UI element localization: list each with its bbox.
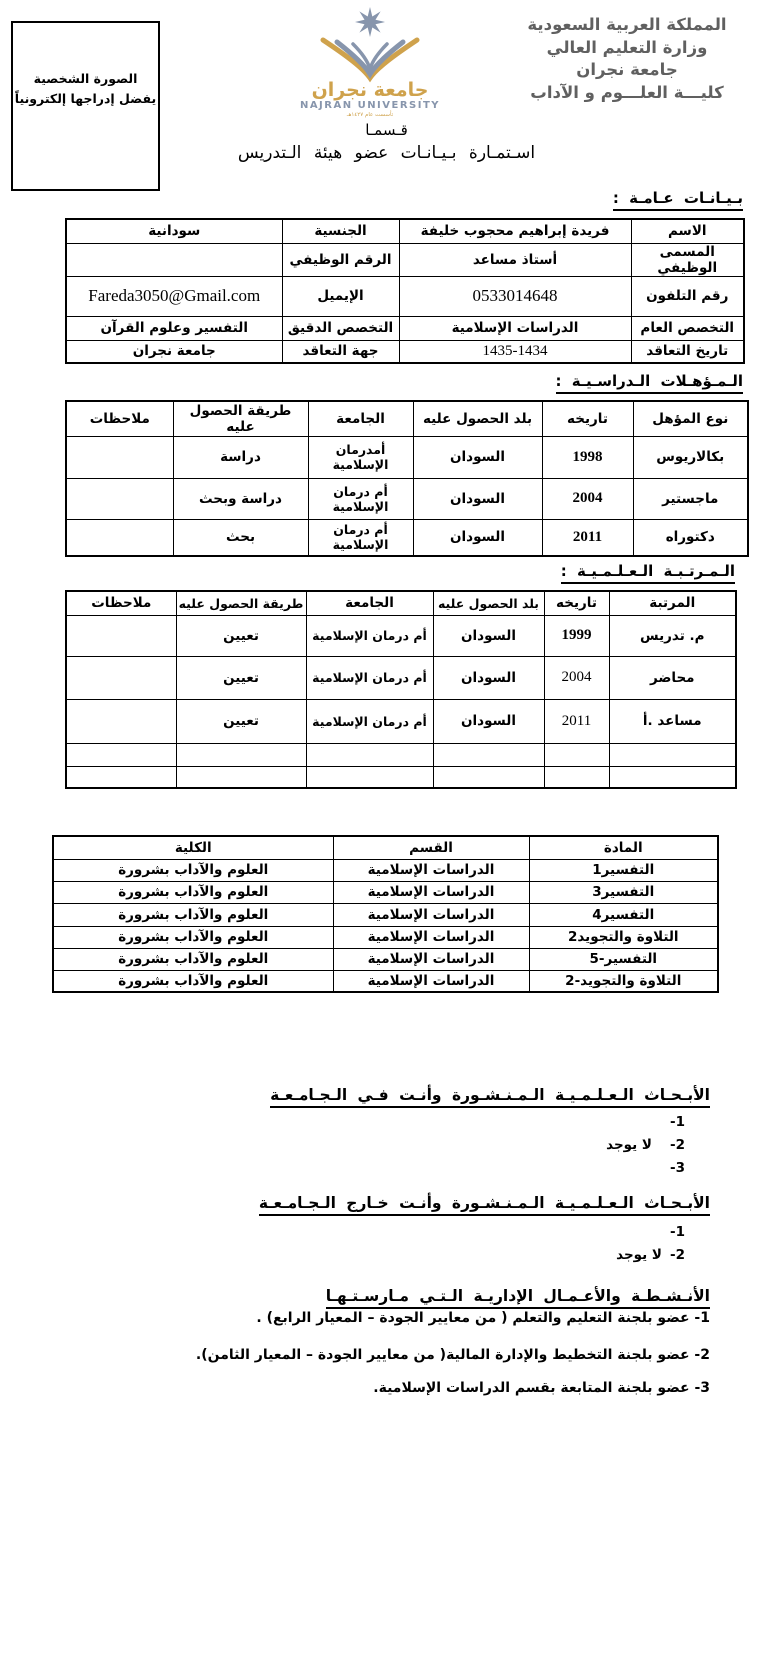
table-header-row: نوع المؤهل تاريخه بلد الحصول عليه الجامع… [66, 401, 748, 436]
rank-cell [609, 743, 736, 766]
email-label-cell: الإيميل [282, 276, 399, 316]
college-cell: العلوم والآداب بشرورة [53, 948, 333, 970]
table-row: م. تدريس 1999 السودان أم درمان الإسلامية… [66, 615, 736, 656]
qualification-date-header: تاريخه [542, 401, 633, 436]
table-row: التفسير1 الدراسات الإسلامية العلوم والآد… [53, 859, 718, 881]
title-line2: اسـتمـارة بـيـانـات عضو هيئة الـتدريس [0, 143, 773, 163]
qualifications-section-heading: الـمـؤهـلات الـدراسـيـة : [556, 372, 744, 394]
ranks-section-heading: الـمـرتـبـة الـعـلـمـيـة : [561, 562, 735, 584]
qualification-method-header: طريقة الحصول عليه [173, 401, 308, 436]
table-row: المسمى الوظيفي أستاذ مساعد الرقم الوظيفي [66, 243, 744, 276]
research-inside-item: 3- [652, 1160, 685, 1176]
name-label-cell: الاسم [631, 219, 744, 243]
activity-item: 1- عضو بلجنة التعليم والتعلم ( من معايير… [256, 1310, 710, 1326]
najran-university-logo: جامعة نجران NAJRAN UNIVERSITY تأسست عام … [290, 6, 450, 122]
table-row [66, 766, 736, 788]
rank-university-cell: أم درمان الإسلامية [306, 615, 433, 656]
qualification-method-cell: دراسة وبحث [173, 478, 308, 519]
ministry-line-country: المملكة العربية السعودية [511, 14, 743, 37]
department-cell: الدراسات الإسلامية [333, 926, 529, 948]
item-text: لا يوجد [606, 1137, 652, 1153]
rank-country-header: بلد الحصول عليه [433, 591, 544, 615]
college-header: الكلية [53, 836, 333, 859]
college-cell: العلوم والآداب بشرورة [53, 926, 333, 948]
qualification-year-cell: 2011 [542, 519, 633, 556]
general-specialty-value-cell: الدراسات الإسلامية [399, 316, 631, 340]
nationality-value-cell: سودانية [66, 219, 282, 243]
logo-english-name: NAJRAN UNIVERSITY [300, 100, 440, 111]
table-row: بكالاريوس 1998 السودان أمدرمان الإسلامية… [66, 436, 748, 478]
qualification-type-cell: دكتوراه [633, 519, 748, 556]
rank-country-cell: السودان [433, 699, 544, 743]
university-logo-icon: جامعة نجران NAJRAN UNIVERSITY تأسست عام … [290, 6, 450, 118]
rank-university-cell: أم درمان الإسلامية [306, 656, 433, 699]
contract-entity-label-cell: جهة التعاقد [282, 340, 399, 363]
precise-specialty-label-cell: التخصص الدقيق [282, 316, 399, 340]
rank-notes-cell [66, 766, 176, 788]
table-row: التفسير3 الدراسات الإسلامية العلوم والآد… [53, 881, 718, 903]
subject-cell: التفسير3 [529, 881, 718, 903]
qualifications-table: نوع المؤهل تاريخه بلد الحصول عليه الجامع… [65, 400, 749, 557]
subject-cell: التفسير1 [529, 859, 718, 881]
qualification-notes-cell [66, 436, 173, 478]
qualification-type-cell: ماجستير [633, 478, 748, 519]
qualification-year-cell: 1998 [542, 436, 633, 478]
job-title-label-cell: المسمى الوظيفي [631, 243, 744, 276]
table-row: دكتوراه 2011 السودان أم درمان الإسلامية … [66, 519, 748, 556]
rank-year-cell: 2004 [544, 656, 609, 699]
ministry-line-ministry: وزارة التعليم العالي [511, 37, 743, 60]
qualification-notes-header: ملاحظات [66, 401, 173, 436]
photo-placeholder-box: الصورة الشخصية يفضل إدراجها إلكترونياً [11, 21, 160, 191]
college-cell: العلوم والآداب بشرورة [53, 859, 333, 881]
logo-founded-line: تأسست عام ١٤٢٧هـ [346, 110, 394, 118]
rank-method-cell [176, 766, 306, 788]
logo-star-icon [355, 7, 385, 37]
photo-box-line2: يفضل إدراجها إلكترونياً [13, 89, 158, 109]
faculty-data-form-page: الصورة الشخصية يفضل إدراجها إلكترونياً ج… [0, 0, 773, 1675]
contract-date-label-cell: تاريخ التعاقد [631, 340, 744, 363]
nationality-label-cell: الجنسية [282, 219, 399, 243]
general-info-table: الاسم فريدة إبراهيم محجوب خليفة الجنسية … [65, 218, 745, 364]
academic-rank-table: المرتبة تاريخه بلد الحصول عليه الجامعة ط… [65, 590, 737, 789]
photo-box-line1: الصورة الشخصية [13, 69, 158, 89]
department-header: القسم [333, 836, 529, 859]
college-cell: العلوم والآداب بشرورة [53, 970, 333, 992]
table-row [66, 743, 736, 766]
qualification-country-header: بلد الحصول عليه [413, 401, 542, 436]
department-cell: الدراسات الإسلامية [333, 970, 529, 992]
qualification-university-header: الجامعة [308, 401, 413, 436]
table-header-row: المادة القسم الكلية [53, 836, 718, 859]
qualification-notes-cell [66, 519, 173, 556]
rank-university-header: الجامعة [306, 591, 433, 615]
department-cell: الدراسات الإسلامية [333, 903, 529, 926]
table-row: التفسير-5 الدراسات الإسلامية العلوم والآ… [53, 948, 718, 970]
name-value-cell: فريدة إبراهيم محجوب خليفة [399, 219, 631, 243]
table-header-row: المرتبة تاريخه بلد الحصول عليه الجامعة ط… [66, 591, 736, 615]
rank-method-cell: تعيين [176, 699, 306, 743]
table-row: تاريخ التعاقد 1435-1434 جهة التعاقد جامع… [66, 340, 744, 363]
rank-notes-header: ملاحظات [66, 591, 176, 615]
phone-label-cell: رقم التلفون [631, 276, 744, 316]
item-number: 2- [670, 1247, 685, 1263]
rank-university-cell: أم درمان الإسلامية [306, 699, 433, 743]
item-number: 1- [670, 1114, 685, 1130]
rank-year-cell: 1999 [544, 615, 609, 656]
qualification-university-cell: أم درمان الإسلامية [308, 478, 413, 519]
qualification-notes-cell [66, 478, 173, 519]
activity-item: 3- عضو بلجنة المتابعة بقسم الدراسات الإس… [373, 1380, 710, 1396]
research-inside-item: 2-لا يوجد [606, 1137, 685, 1153]
rank-method-cell: تعيين [176, 615, 306, 656]
activity-item: 2- عضو بلجنة التخطيط والإدارة المالية( م… [196, 1347, 710, 1363]
qualification-university-cell: أم درمان الإسلامية [308, 519, 413, 556]
item-number: 3- [670, 1160, 685, 1176]
rank-year-cell: 2011 [544, 699, 609, 743]
rank-year-cell [544, 743, 609, 766]
rank-header: المرتبة [609, 591, 736, 615]
ministry-line-university: جامعة نجران [511, 59, 743, 82]
qualification-country-cell: السودان [413, 478, 542, 519]
research-inside-item: 1- [652, 1114, 685, 1130]
rank-year-cell [544, 766, 609, 788]
rank-cell: مساعد .أ [609, 699, 736, 743]
logo-arabic-name: جامعة نجران [312, 79, 429, 101]
rank-university-cell [306, 743, 433, 766]
subject-header: المادة [529, 836, 718, 859]
rank-date-header: تاريخه [544, 591, 609, 615]
rank-cell [609, 766, 736, 788]
table-row: التلاوة والتجويد2 الدراسات الإسلامية الع… [53, 926, 718, 948]
item-number: 1- [670, 1224, 685, 1240]
phone-value-cell: 0533014648 [399, 276, 631, 316]
table-row: التفسير4 الدراسات الإسلامية العلوم والآد… [53, 903, 718, 926]
general-specialty-label-cell: التخصص العام [631, 316, 744, 340]
qualification-country-cell: السودان [413, 436, 542, 478]
qualification-type-header: نوع المؤهل [633, 401, 748, 436]
courses-table: المادة القسم الكلية التفسير1 الدراسات ال… [52, 835, 719, 993]
research-outside-item: 2-لا يوجد [616, 1247, 685, 1263]
qualification-method-cell: دراسة [173, 436, 308, 478]
subject-cell: التفسير4 [529, 903, 718, 926]
qualification-type-cell: بكالاريوس [633, 436, 748, 478]
qualification-method-cell: بحث [173, 519, 308, 556]
contract-date-value-cell: 1435-1434 [399, 340, 631, 363]
rank-country-cell [433, 743, 544, 766]
qualification-country-cell: السودان [413, 519, 542, 556]
email-value-cell: Fareda3050@Gmail.com [66, 276, 282, 316]
subject-cell: التفسير-5 [529, 948, 718, 970]
table-row: التلاوة والتجويد-2 الدراسات الإسلامية ال… [53, 970, 718, 992]
qualification-year-cell: 2004 [542, 478, 633, 519]
title-line1: قـسمـا [0, 121, 773, 139]
rank-notes-cell [66, 656, 176, 699]
subject-cell: التلاوة والتجويد-2 [529, 970, 718, 992]
rank-notes-cell [66, 699, 176, 743]
general-section-heading: بـيـانـات عـامـة : [613, 189, 743, 211]
item-text: لا يوجد [616, 1247, 662, 1263]
table-row: محاضر 2004 السودان أم درمان الإسلامية تع… [66, 656, 736, 699]
rank-cell: م. تدريس [609, 615, 736, 656]
table-row: رقم التلفون 0533014648 الإيميل Fareda305… [66, 276, 744, 316]
research-outside-item: 1- [662, 1224, 685, 1240]
ministry-line-college: كليـــة العلـــوم و الآداب [511, 82, 743, 105]
rank-notes-cell [66, 743, 176, 766]
department-cell: الدراسات الإسلامية [333, 948, 529, 970]
rank-method-header: طريقة الحصول عليه [176, 591, 306, 615]
employee-number-label-cell: الرقم الوظيفي [282, 243, 399, 276]
rank-country-cell: السودان [433, 615, 544, 656]
research-inside-heading: الأبـحـاث الـعـلـمـيـة الـمـنـشـورة وأنـ… [270, 1086, 710, 1108]
college-cell: العلوم والآداب بشرورة [53, 903, 333, 926]
rank-notes-cell [66, 615, 176, 656]
table-row: الاسم فريدة إبراهيم محجوب خليفة الجنسية … [66, 219, 744, 243]
department-cell: الدراسات الإسلامية [333, 881, 529, 903]
contract-entity-value-cell: جامعة نجران [66, 340, 282, 363]
rank-university-cell [306, 766, 433, 788]
table-row: ماجستير 2004 السودان أم درمان الإسلامية … [66, 478, 748, 519]
activities-heading: الأنـشـطـة والأعـمـال الإداريـة الـتـي م… [326, 1287, 710, 1309]
ministry-header: المملكة العربية السعودية وزارة التعليم ا… [511, 14, 743, 104]
item-number: 2- [670, 1137, 685, 1153]
table-row: مساعد .أ 2011 السودان أم درمان الإسلامية… [66, 699, 736, 743]
department-cell: الدراسات الإسلامية [333, 859, 529, 881]
rank-country-cell [433, 766, 544, 788]
rank-cell: محاضر [609, 656, 736, 699]
college-cell: العلوم والآداب بشرورة [53, 881, 333, 903]
precise-specialty-value-cell: التفسير وعلوم القرآن [66, 316, 282, 340]
qualification-university-cell: أمدرمان الإسلامية [308, 436, 413, 478]
rank-country-cell: السودان [433, 656, 544, 699]
subject-cell: التلاوة والتجويد2 [529, 926, 718, 948]
research-outside-heading: الأبـحـاث الـعـلـمـيـة الـمـنـشـورة وأنـ… [259, 1194, 710, 1216]
rank-method-cell: تعيين [176, 656, 306, 699]
document-title: قـسمـا اسـتمـارة بـيـانـات عضو هيئة الـت… [0, 121, 773, 163]
employee-number-value-cell [66, 243, 282, 276]
job-title-value-cell: أستاذ مساعد [399, 243, 631, 276]
table-row: التخصص العام الدراسات الإسلامية التخصص ا… [66, 316, 744, 340]
rank-method-cell [176, 743, 306, 766]
